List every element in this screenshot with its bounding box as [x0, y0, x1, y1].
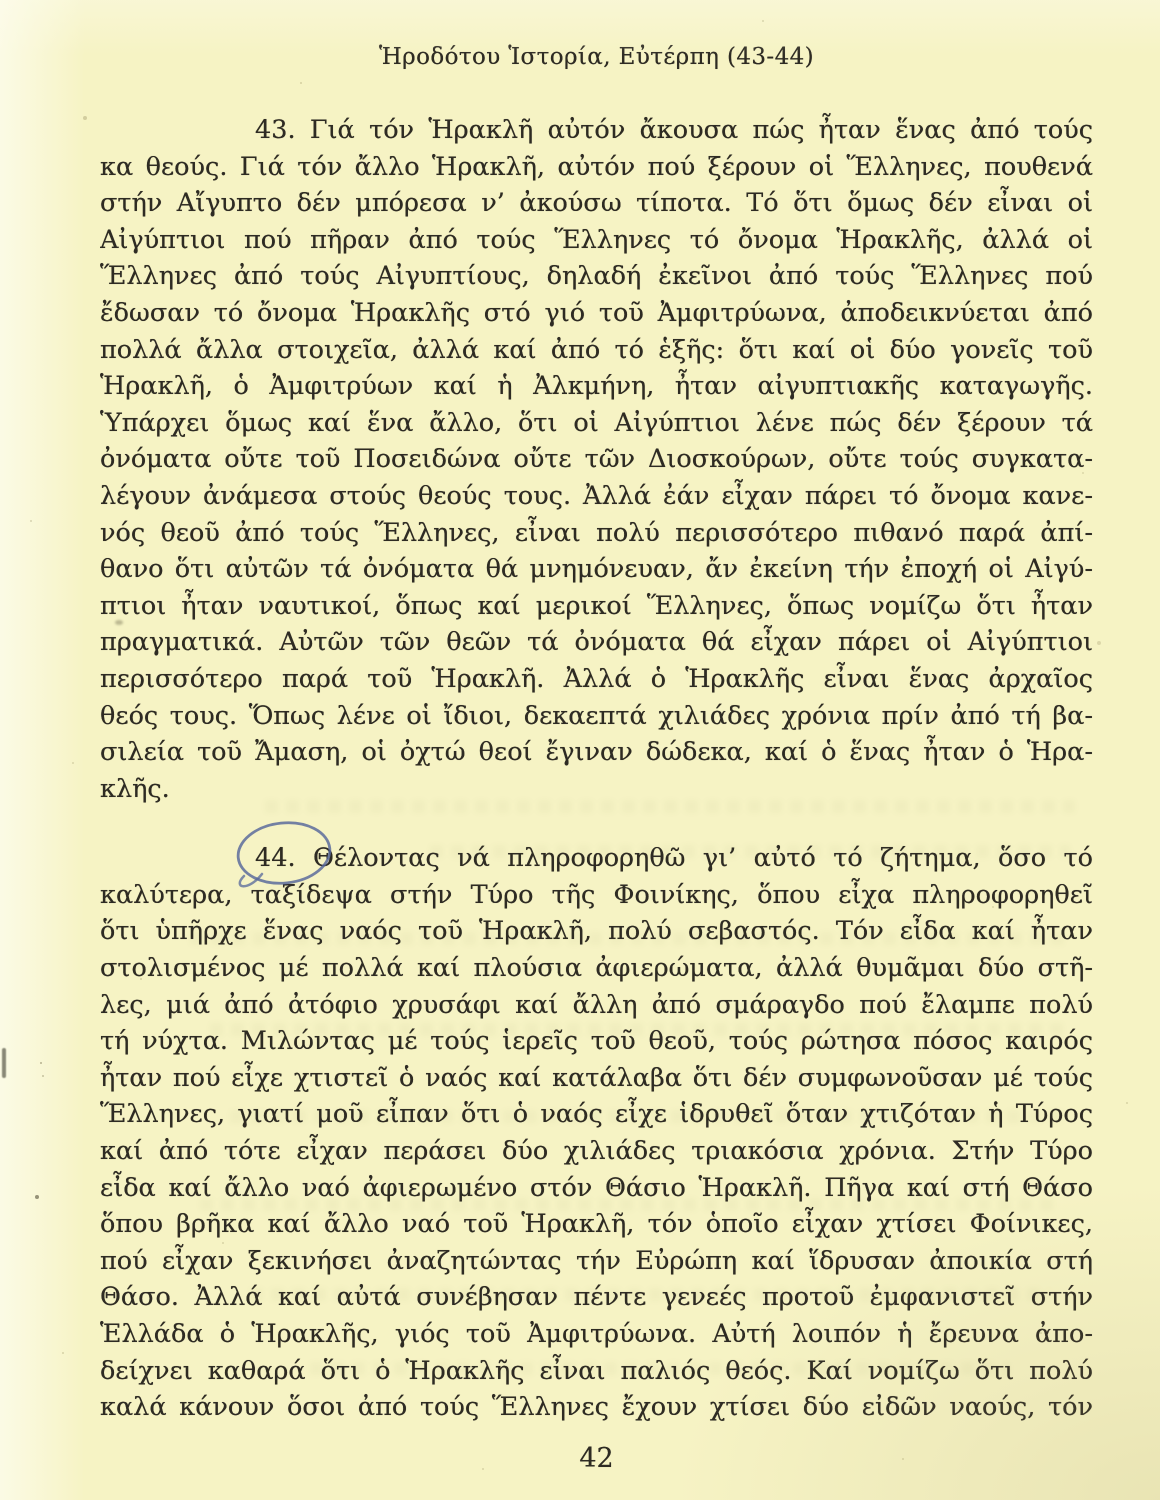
text-line: λέγουν ἀνάμεσα στούς θεούς τους. Ἀλλά ἐά… [100, 478, 1093, 515]
text-line: καί ἀπό τότε εἶχαν περάσει δύο χιλιάδες … [100, 1133, 1093, 1170]
text-line: ὅτι ὑπῆρχε ἕνας ναός τοῦ Ἡρακλῆ, πολύ σε… [100, 913, 1093, 950]
text-line: Ἕλληνες ἀπό τούς Αἰγυπτίους, δηλαδή ἐκεῖ… [100, 258, 1093, 295]
text-line: στολισμένος μέ πολλά καί πλούσια ἀφιερώμ… [100, 950, 1093, 987]
text-line: ἦταν πού εἶχε χτιστεῖ ὁ ναός καί κατάλαβ… [100, 1060, 1093, 1097]
paper-speckles [0, 0, 2, 2]
text-line: Ἡρακλῆ, ὁ Ἀμφιτρύων καί ἡ Ἀλκμήνη, ἦταν … [100, 368, 1093, 405]
text-line: τή νύχτα. Μιλώντας μέ τούς ἱερεῖς τοῦ θε… [100, 1023, 1093, 1060]
running-header: Ἡροδότου Ἱστορία, Εὐτέρπη (43-44) [100, 44, 1093, 70]
paragraph-43: 43. Γιά τόν Ἡρακλῆ αὐτόν ἄκουσα πώς ἦταν… [100, 112, 1093, 807]
text-line: κα θεούς. Γιά τόν ἄλλο Ἡρακλῆ, αὐτόν πού… [100, 149, 1093, 186]
text-line: στήν Αἴγυπτο δέν μπόρεσα ν’ ἀκούσω τίποτ… [100, 185, 1093, 222]
text-line: καλά κάνουν ὅσοι ἀπό τούς Ἕλληνες ἔχουν … [100, 1389, 1093, 1426]
text-line: θεός τους. Ὅπως λένε οἱ ἴδιοι, δεκαεπτά … [100, 698, 1093, 735]
text-line: πολλά ἄλλα στοιχεῖα, ἀλλά καί ἀπό τό ἑξῆ… [100, 332, 1093, 369]
text-line: δείχνει καθαρά ὅτι ὁ Ἡρακλῆς εἶναι παλιό… [100, 1353, 1093, 1390]
text-line: πού εἶχαν ξεκινήσει ἀναζητώντας τήν Εὐρώ… [100, 1243, 1093, 1280]
text-line: Αἰγύπτιοι πού πῆραν ἀπό τούς Ἕλληνες τό … [100, 222, 1093, 259]
text-line: Ἑλλάδα ὁ Ἡρακλῆς, γιός τοῦ Ἀμφιτρύωνα. Α… [100, 1316, 1093, 1353]
text-line: πραγματικά. Αὐτῶν τῶν θεῶν τά ὀνόματα θά… [100, 624, 1093, 661]
page-number: 42 [100, 1443, 1093, 1474]
text-line: ὅπου βρῆκα καί ἄλλο ναό τοῦ Ἡρακλῆ, τόν … [100, 1206, 1093, 1243]
text-line: περισσότερο παρά τοῦ Ἡρακλῆ. Ἀλλά ὁ Ἡρακ… [100, 661, 1093, 698]
text-line: εἶδα καί ἄλλο ναό ἀφιερωμένο στόν Θάσιο … [100, 1170, 1093, 1207]
text-line: 44. Θέλοντας νά πληροφορηθῶ γι’ αὐτό τό … [100, 840, 1093, 877]
text-line: Ἕλληνες, γιατί μοῦ εἶπαν ὅτι ὁ ναός εἶχε… [100, 1096, 1093, 1133]
scanned-book-page: Ἡροδότου Ἱστορία, Εὐτέρπη (43-44) 43. Γι… [0, 0, 1160, 1500]
text-line: Θάσο. Ἀλλά καί αὐτά συνέβησαν πέντε γενε… [100, 1279, 1093, 1316]
text-line: θανο ὅτι αὐτῶν τά ὀνόματα θά μνημόνευαν,… [100, 551, 1093, 588]
text-line: λες, μιά ἀπό ἀτόφιο χρυσάφι καί ἄλλη ἀπό… [100, 987, 1093, 1024]
left-edge-ink-mark [2, 1048, 6, 1078]
text-line: 43. Γιά τόν Ἡρακλῆ αὐτόν ἄκουσα πώς ἦταν… [100, 112, 1093, 149]
paragraph-44: 44. Θέλοντας νά πληροφορηθῶ γι’ αὐτό τό … [100, 840, 1093, 1426]
text-line: ὀνόματα οὔτε τοῦ Ποσειδώνα οὔτε τῶν Διοσ… [100, 441, 1093, 478]
text-line: καλύτερα, ταξίδεψα στήν Τύρο τῆς Φοινίκη… [100, 877, 1093, 914]
text-line: σιλεία τοῦ Ἄμαση, οἱ ὀχτώ θεοί ἔγιναν δώ… [100, 734, 1093, 771]
text-line: νός θεοῦ ἀπό τούς Ἕλληνες, εἶναι πολύ πε… [100, 515, 1093, 552]
text-line: κλῆς. [100, 771, 1093, 808]
text-line: Ὑπάρχει ὅμως καί ἕνα ἄλλο, ὅτι οἱ Αἰγύπτ… [100, 405, 1093, 442]
text-block: 43. Γιά τόν Ἡρακλῆ αὐτόν ἄκουσα πώς ἦταν… [100, 112, 1093, 1426]
text-line: πτιοι ἦταν ναυτικοί, ὅπως καί μερικοί Ἕλ… [100, 588, 1093, 625]
text-line: ἔδωσαν τό ὄνομα Ἡρακλῆς στό γιό τοῦ Ἀμφι… [100, 295, 1093, 332]
